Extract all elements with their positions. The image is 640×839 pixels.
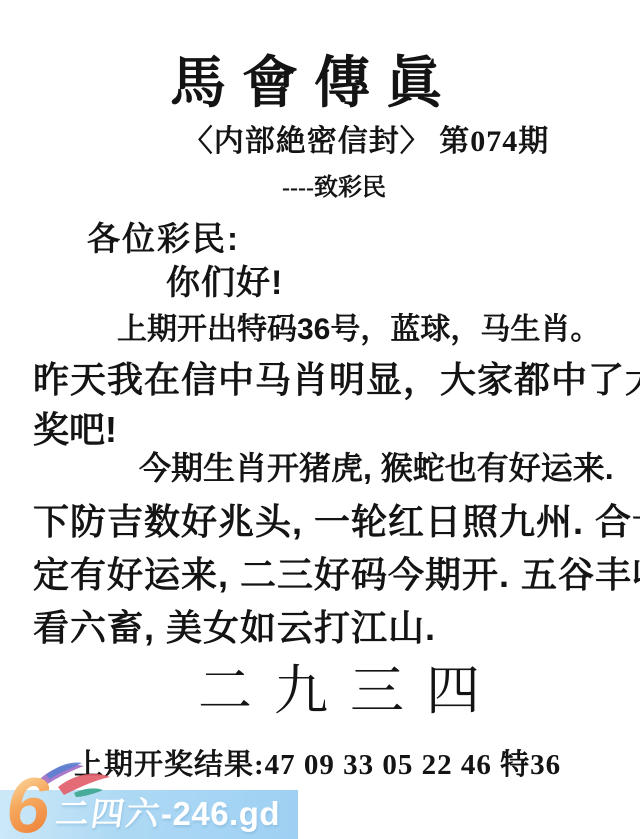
fax-sheet: 馬會傳眞 〈内部絶密信封〉 第074期 ----致彩民 各位彩民: 你们好! 上…	[0, 0, 640, 839]
paragraph-line: 定有好运来, 二三好码今期开. 五谷丰收	[33, 548, 636, 601]
paragraph-line: 昨天我在信中马肖明显，大家都中了大	[33, 355, 636, 405]
watermark-site: 二四六 -246.gd	[56, 794, 280, 835]
watermark-site-name: 二四六	[53, 795, 164, 835]
watermark-logo-6: 6	[6, 766, 49, 839]
paragraph-last-draw: 上期开出特码36号，蓝球，马生肖。 昨天我在信中马肖明显，大家都中了大 奖吧!	[33, 305, 636, 455]
greeting: 你们好!	[166, 266, 283, 300]
issue-subtitle: 〈内部絶密信封〉 第074期	[46, 127, 640, 157]
page-title: 馬會傳眞	[0, 56, 634, 112]
watermark-site-domain: -246.gd	[161, 794, 280, 834]
paragraph-line: 上期开出特码36号，蓝球，马生肖。	[33, 305, 636, 355]
salutation: 各位彩民:	[87, 222, 240, 255]
paragraph-line: 今期生肖开猪虎, 猴蛇也有好运来.	[33, 442, 636, 495]
last-draw-result: 上期开奖结果:47 09 33 05 22 46 特36	[74, 751, 561, 780]
paragraph-tips: 今期生肖开猪虎, 猴蛇也有好运来. 下防吉数好兆头, 一轮红日照九州. 合十 定…	[33, 442, 636, 654]
paragraph-line: 看六畜, 美女如云打江山.	[33, 601, 636, 654]
paragraph-line: 下防吉数好兆头, 一轮红日照九州. 合十	[33, 495, 636, 548]
prediction-numbers: 二九三四	[30, 664, 640, 718]
dedication-line: ----致彩民	[14, 176, 640, 200]
